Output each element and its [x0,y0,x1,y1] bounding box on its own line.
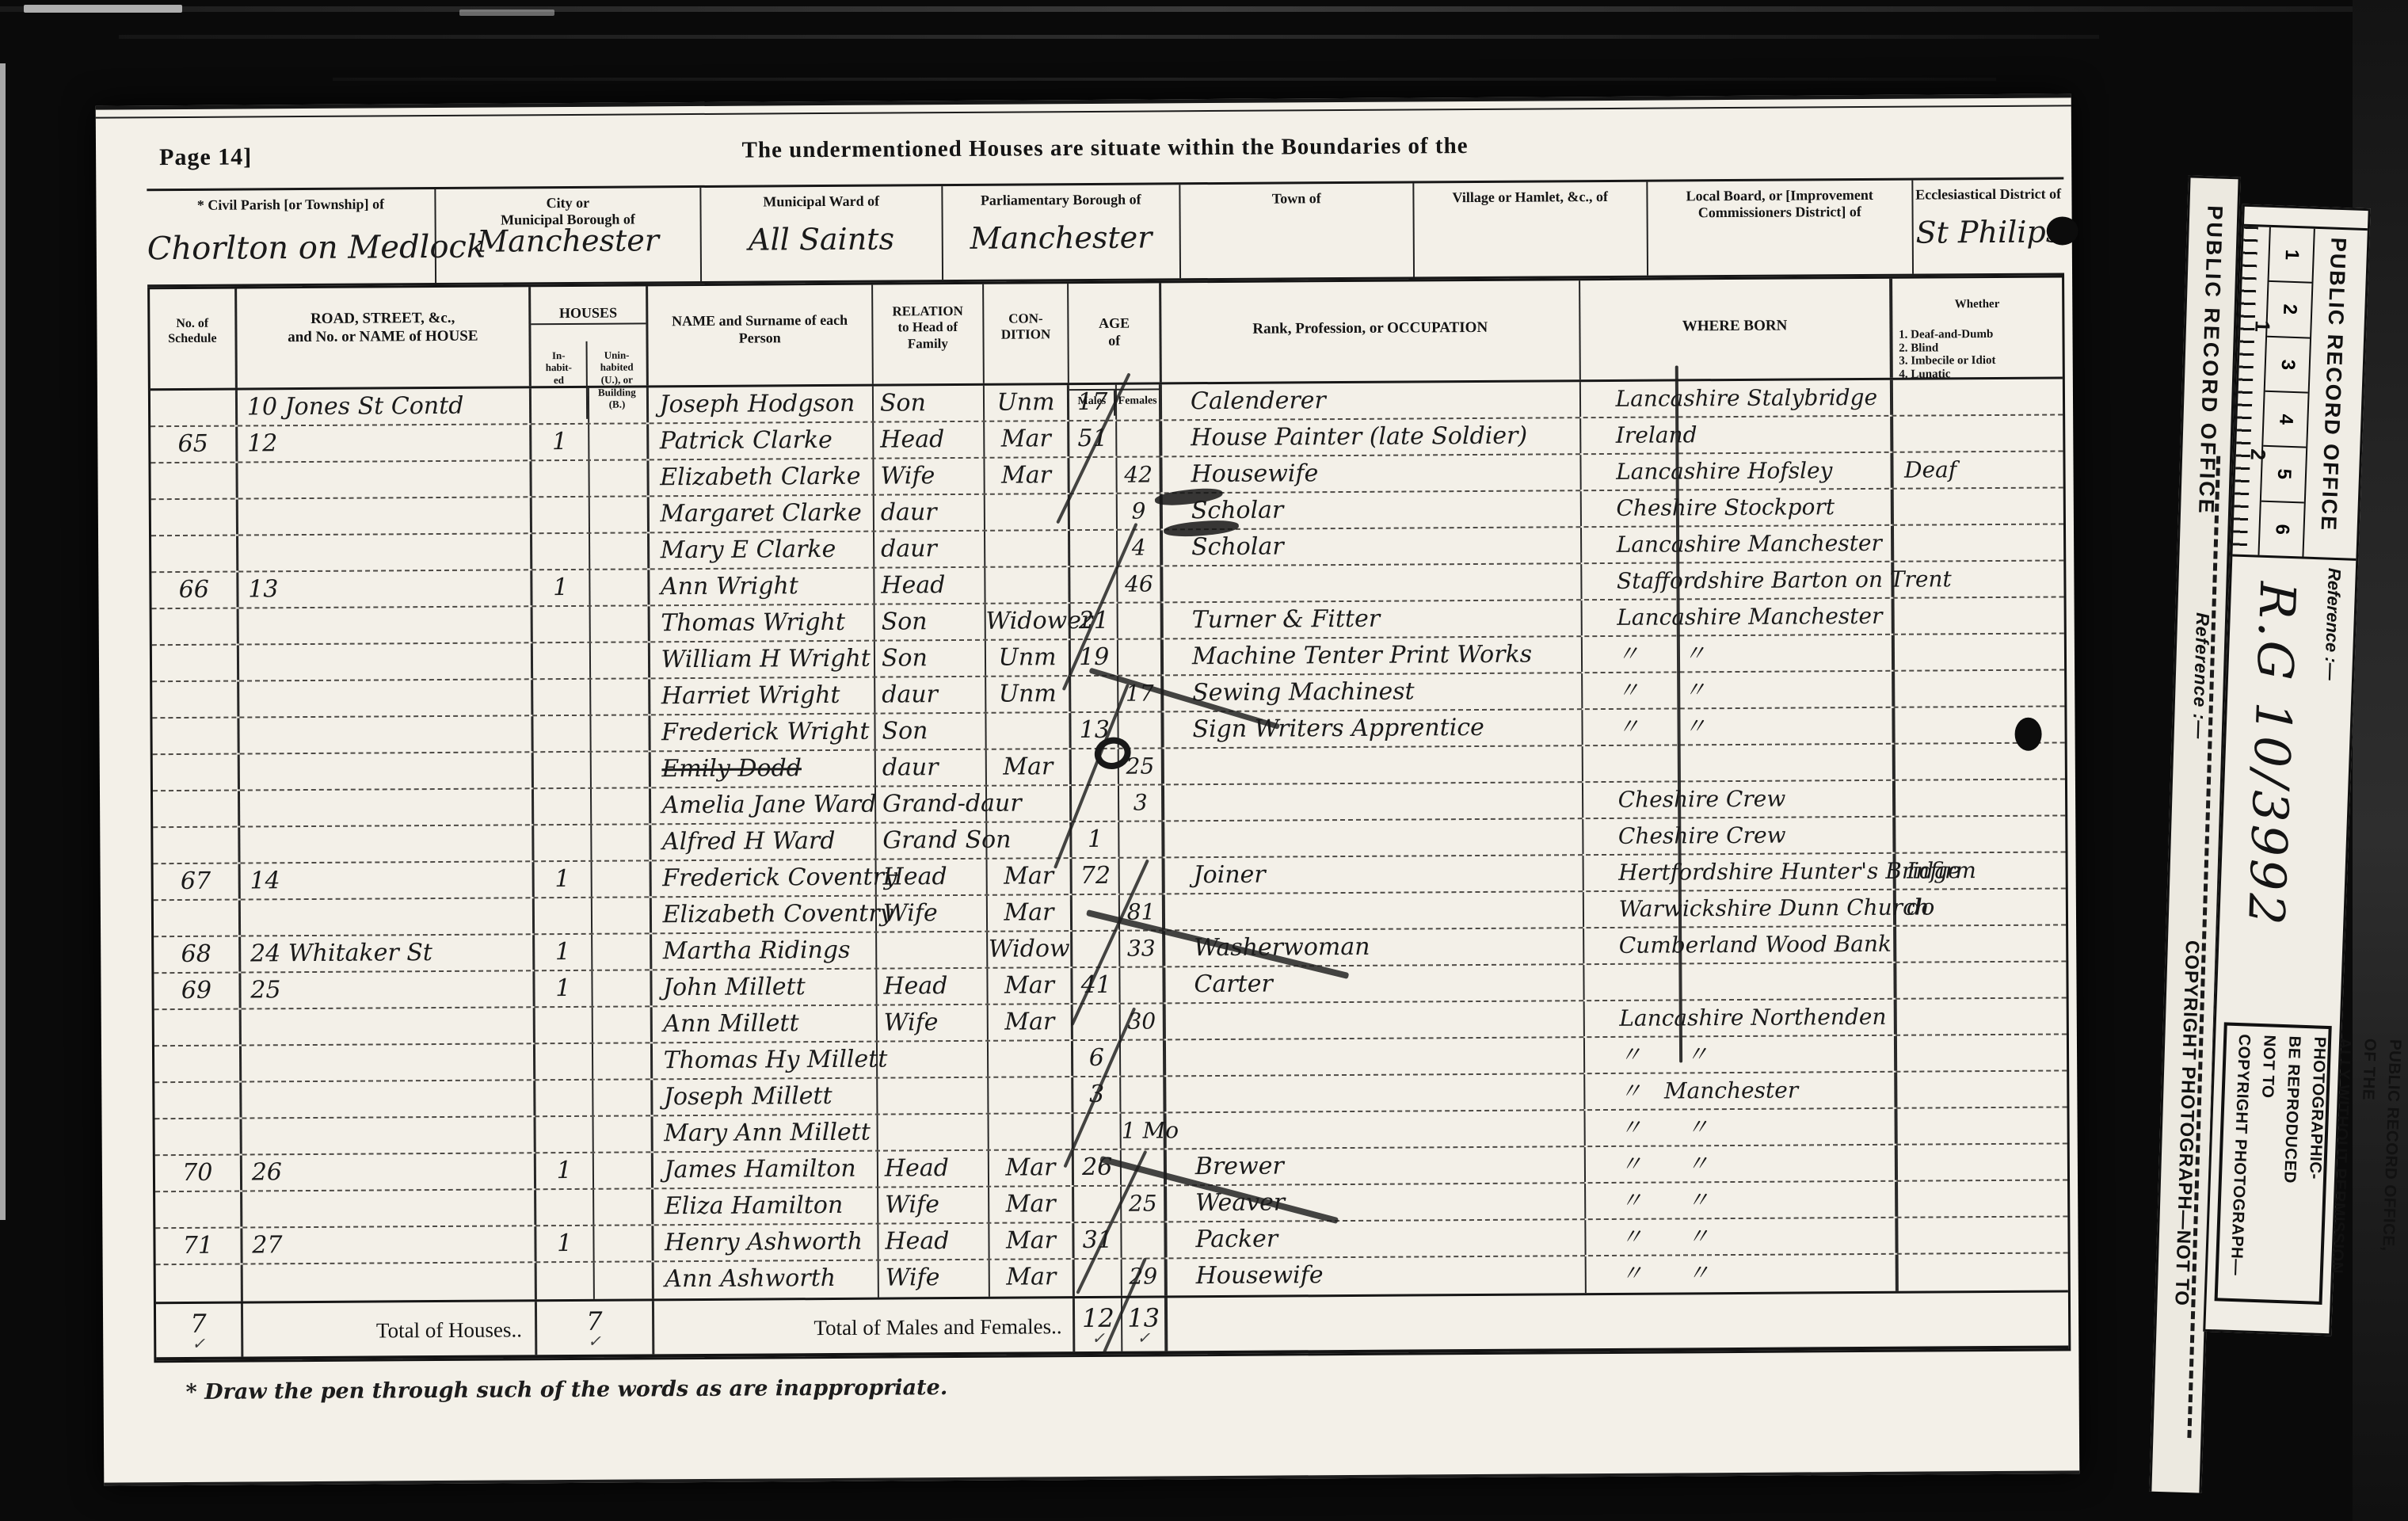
header-field-value: Chorlton on Medlock [147,229,435,267]
cell-relation: Head [874,422,985,458]
cell-road [242,1008,535,1044]
cell-relation: Head [878,1224,989,1260]
ruler-cell-number: 4 [2274,414,2296,425]
col-uninhabited: Unin- habited (U.), or Building (B.) [588,341,646,418]
cell-relation: Wife [878,1005,989,1041]
cell-condition: Mar [989,1187,1075,1222]
total-males-females-label: Total of Males and Females.. [654,1298,1076,1354]
total-houses-value: 7 ✓ [537,1301,654,1355]
cell-road [239,680,533,716]
cell-age_f [1121,1077,1166,1111]
ink-blot [2047,216,2078,245]
cell-born: Cumberland Wood Bank [1584,927,1896,963]
cell-name: John Millett [652,970,878,1006]
header-field-label: Parliamentary Borough of [943,185,1179,209]
totals-margin: 7 ✓ [156,1304,243,1358]
cell-uninh [593,1043,653,1078]
cell-name: Amelia Jane Ward [651,787,877,824]
cell-name: Eliza Hamilton [653,1188,879,1225]
cell-born [1583,745,1895,781]
header-field-label: Ecclesiastical District of [1913,179,2063,203]
col-inhabited: In- habit- ed [531,341,588,419]
header-field-label: Village or Hamlet, &c., of [1414,182,1646,206]
footnote: * Draw the pen through such of the words… [186,1375,948,1405]
cell-relation: Wife [877,896,988,932]
cell-occupation: Calenderer [1162,382,1581,419]
cell-uninh [593,1116,653,1151]
cell-schedule [155,1119,242,1155]
cell-relation: Head [876,860,987,895]
cell-condition: Mar [986,749,1072,785]
cell-age_f: 46 [1118,566,1164,601]
cell-born: Lancashire Manchester [1582,526,1894,562]
cell-name: Martha Ridings [652,933,878,970]
cell-inh: 1 [532,570,590,605]
cell-relation: Head [878,1151,989,1187]
cell-road [242,1081,535,1117]
cell-inh [536,1190,594,1225]
header-field-value: All Saints [701,221,941,257]
cell-schedule [150,463,238,499]
cell-infirmity [1896,962,2067,997]
cell-road: 26 [242,1153,536,1190]
cell-age_f: 25 [1122,1186,1167,1221]
cell-inh [533,680,591,715]
totals-row: 7 ✓ Total of Houses.. 7 ✓ Total of Males… [156,1290,2068,1360]
cell-uninh [594,1262,653,1298]
ruler-cell-number: 5 [2273,468,2295,479]
pro-office-label: PUBLIC RECORD OFFICE [2193,205,2227,516]
cell-relation: Son [875,604,986,640]
col-infirmity-line: 3. Imbecile or Idiot [1892,354,2062,368]
cell-infirmity [1893,415,2063,451]
cell-uninh [591,752,650,787]
col-age-label: AGE of [1069,299,1160,373]
cell-schedule: 67 [154,864,241,900]
cell-occupation [1163,564,1582,601]
cell-schedule [150,391,238,426]
cell-condition: Unm [985,385,1070,421]
header-field-value: Manchester [436,223,700,259]
cell-occupation [1164,783,1583,820]
header-field-value: St Philips [1913,214,2063,250]
cell-relation: Wife [874,459,985,494]
cell-age_f [1118,603,1164,638]
header-field: * Civil Parish [or Township] ofChorlton … [147,189,436,284]
cell-road [240,789,534,825]
cell-age_f [1122,1222,1168,1257]
total-females-value: 13 ✓ [1122,1298,1168,1351]
cell-name: Alfred H Ward [651,824,877,860]
ink-blot [2014,718,2041,751]
cell-schedule [151,536,238,572]
cell-uninh [594,1189,653,1224]
cell-infirmity [1895,743,2065,779]
cell-age_m [1070,531,1118,566]
cell-schedule [153,755,240,791]
cell-name: Emily Dodd [650,751,876,787]
cell-name: Thomas Hy Millett [653,1043,878,1079]
cell-road [238,461,532,497]
cell-schedule [152,719,239,754]
cell-name: Henry Ashworth [653,1225,879,1261]
cell-relation: Head [877,969,988,1004]
cell-inh: 1 [534,862,592,897]
cell-born: 〃 〃 [1583,708,1895,745]
cell-occupation [1164,819,1583,856]
cell-condition: Mar [988,1004,1073,1040]
col-age-females: Females [1115,390,1160,415]
cell-age_f: 3 [1119,785,1164,820]
cell-occupation: Packer [1167,1220,1586,1257]
cell-born: 〃 〃 [1586,1218,1898,1255]
cell-relation: daur [874,532,985,567]
cell-relation [878,1115,989,1150]
cell-inh [535,1117,593,1152]
cell-road [242,1263,536,1301]
cell-schedule [154,1010,242,1046]
cell-infirmity [1896,816,2066,852]
cell-name: Margaret Clarke [649,496,874,532]
cell-road: 10 Jones St Contd [238,388,532,425]
cell-born: 〃 〃 [1585,1109,1897,1146]
cell-relation: Grand-daur [876,787,987,822]
cell-born: Hertfordshire Hunter's Bridge [1583,854,1896,890]
cell-uninh [592,1007,652,1042]
cell-occupation: Carter [1165,965,1584,1002]
cell-name: Elizabeth Clarke [649,459,874,496]
cell-infirmity [1898,1253,2068,1290]
cell-born: Ireland [1581,417,1893,453]
cell-condition: Mar [989,1260,1075,1297]
cell-inh [534,753,592,787]
copyright-notice: COPYRIGHT PHOTOGRAPH—NOT TOBE REPRODUCED… [2215,1022,2332,1305]
cell-inh [536,1263,594,1299]
cell-born: 〃 Manchester [1585,1073,1897,1109]
cell-name: William H Wright [650,642,875,678]
cell-inh [532,534,590,569]
pro-office-label: PUBLIC RECORD OFFICE [2316,237,2351,532]
col-houses-label: HOUSES [531,303,646,326]
cell-condition [985,494,1070,530]
col-infirmity-line: 4. Lunatic [1892,368,2062,382]
header-field: City or Municipal Borough ofManchester [436,188,702,283]
cell-occupation [1166,1074,1585,1111]
cell-condition [985,567,1071,603]
cell-occupation: Housewife [1162,455,1581,492]
cell-road: 13 [238,570,532,607]
census-table: No. of Schedule ROAD, STREET, &c., and N… [147,275,2071,1363]
cell-schedule [151,500,238,536]
cell-inh: 1 [536,1153,594,1188]
film-edge-sliver [0,63,6,1220]
cell-infirmity: Deaf [1893,452,2063,487]
cell-schedule: 65 [150,427,238,463]
cell-condition: Mar [988,895,1073,931]
cell-name: Joseph Millett [653,1079,878,1115]
cell-infirmity [1897,1144,2067,1180]
cell-inh [535,898,592,933]
header-field: Parliamentary Borough ofManchester [943,185,1181,280]
cell-uninh [592,861,651,896]
cell-occupation: Machine Tenter Print Works [1164,637,1583,674]
cell-infirmity [1894,634,2064,669]
cell-name: Ann Ashworth [653,1261,879,1299]
cell-infirmity [1898,1217,2068,1252]
cell-schedule [154,1046,242,1082]
cell-road [242,1117,535,1153]
cell-relation: daur [874,495,985,531]
header-field-label: Local Board, or [Improvement Commissione… [1648,181,1911,221]
cell-born: Lancashire Manchester [1582,599,1894,635]
cell-inh [533,643,591,678]
header-field-label: Municipal Ward of [701,186,941,211]
cell-occupation: Scholar [1163,528,1582,565]
cell-infirmity: do [1896,889,2066,924]
cell-inh [535,1044,593,1079]
cell-relation: Son [874,386,985,421]
cell-schedule [152,609,239,645]
cell-condition [989,1041,1074,1077]
cell-age_f [1120,858,1165,893]
cell-infirmity [1896,925,2067,961]
col-name: NAME and Surname of each Person [648,285,874,386]
cell-born: Cheshire Crew [1583,818,1896,854]
ruler-cell: 4 [2263,392,2307,448]
header-field-label: * Civil Parish [or Township] of [147,189,434,214]
cell-infirmity [1895,670,2065,706]
cell-occupation [1164,746,1583,783]
cell-occupation [1166,1001,1585,1039]
cell-age_f: 33 [1120,931,1165,966]
cell-relation: Son [875,641,986,677]
cell-relation: Head [874,568,985,604]
cell-road [238,497,532,534]
cell-schedule: 70 [155,1156,242,1191]
cell-relation [877,932,988,968]
ruler-cell: 3 [2265,337,2310,393]
col-occupation: Rank, Profession, or OCCUPATION [1161,280,1580,382]
cell-name: Thomas Wright [650,605,875,642]
cell-relation [878,1042,989,1077]
cell-occupation: Joiner [1164,856,1583,893]
cell-name: Harriet Wright [650,678,876,715]
cell-infirmity [1897,1107,2067,1143]
cell-condition: Mar [989,1150,1074,1186]
totals-blank [1168,1292,2068,1351]
cell-condition [987,786,1073,821]
cell-name: Elizabeth Coventry [651,897,877,933]
col-infirmity-lines: 1. Deaf-and-Dumb2. Blind3. Imbecile or I… [1892,327,2063,381]
cell-born: Lancashire Stalybridge [1580,380,1892,417]
cell-uninh [591,679,650,714]
cell-road [238,534,532,570]
ruler-cell: 6 [2259,501,2303,556]
cell-born: Lancashire Northenden [1584,1000,1896,1036]
cell-name: Mary E Clarke [650,532,875,569]
cell-inh [532,461,589,496]
cell-uninh [592,970,652,1005]
col-road: ROAD, STREET, &c., and No. or NAME of HO… [237,287,532,387]
cell-occupation: Sign Writers Apprentice [1164,710,1583,747]
cell-born: Cheshire Crew [1583,781,1896,818]
header-field: Ecclesiastical District ofSt Philips [1913,179,2064,273]
cell-born: 〃 〃 [1585,1036,1897,1073]
cell-age_m: 26 [1074,1150,1122,1185]
cell-schedule [156,1265,243,1302]
film-scratch [0,6,2408,12]
cell-name: Mary Ann Millett [653,1115,878,1152]
table-header: No. of Schedule ROAD, STREET, &c., and N… [150,277,2063,391]
cell-born: Staffordshire Barton on Trent [1582,562,1894,599]
cell-uninh [590,570,650,604]
cell-road [241,898,535,935]
cell-road [242,1044,535,1081]
cell-born: 〃 〃 [1582,635,1894,672]
cell-condition: Mar [987,859,1073,894]
district-header-fields: * Civil Parish [or Township] ofChorlton … [147,177,2064,287]
page-title: The undermentioned Houses are situate wi… [147,129,2063,167]
cell-schedule [154,901,241,936]
cell-inh [533,716,591,751]
header-field: Village or Hamlet, &c., of [1414,182,1648,277]
cell-road: 12 [238,425,532,461]
cell-inh [534,789,592,824]
cell-condition: Unm [986,640,1072,676]
cell-name: Patrick Clarke [649,423,874,459]
cell-occupation: House Painter (late Soldier) [1162,418,1581,456]
cell-occupation: Housewife [1168,1256,1587,1295]
cell-name: Frederick Wright [650,715,876,751]
cell-relation: Grand Son [876,823,987,859]
cell-uninh [591,642,650,677]
cell-schedule: 71 [155,1229,242,1264]
cell-road [240,825,534,862]
cell-inh [535,1008,593,1043]
reference-label: Reference :— [2320,567,2345,680]
cell-age_m: 1 [1073,822,1120,857]
ruler-cell-number: 6 [2270,524,2292,535]
col-age: AGE of Males Females [1069,283,1161,383]
cell-condition: Mar [988,968,1073,1004]
ruler-cell: 1 [2269,227,2313,284]
cell-uninh [591,715,650,750]
cell-condition: Unm [986,677,1072,712]
cell-relation [878,1078,989,1114]
cell-infirmity [1895,780,2065,815]
cell-age_m [1070,494,1118,529]
film-scratch [119,35,2099,39]
cell-occupation: Brewer [1167,1147,1586,1184]
cell-born [1584,963,1896,1000]
header-field-value [1414,217,1646,219]
cell-infirmity: Infirm [1896,852,2066,888]
cell-inh [535,1081,593,1115]
cell-inh: 1 [535,935,592,970]
cell-road [240,753,534,789]
cell-relation: daur [875,677,986,713]
copyright-line: COPYRIGHT PHOTOGRAPH—NOT TO [2223,1034,2282,1292]
col-infirmity-line: 1. Deaf-and-Dumb [1892,327,2062,341]
col-infirmity-line: 2. Blind [1892,341,2062,355]
cell-inh [532,497,590,532]
col-infirmity-heading: Whether [1892,297,2062,312]
cell-age_f [1119,821,1164,856]
cell-infirmity [1894,524,2064,560]
header-field-label: Town of [1180,183,1412,207]
cell-schedule [153,828,240,863]
cell-uninh [592,825,651,860]
cell-inh [534,825,592,860]
cell-occupation: Turner & Fitter [1164,600,1583,638]
col-condition: CON- DITION [984,284,1069,383]
cell-age_f: 42 [1118,457,1163,492]
cell-age_f [1118,639,1164,674]
cell-relation: daur [876,750,987,786]
cell-relation: Wife [879,1260,990,1298]
reference-number: R.G 10/3992 [2237,581,2307,928]
ruler-number: 2 [2246,448,2270,461]
cell-uninh [594,1153,653,1187]
cell-infirmity [1894,597,2064,633]
cell-born: Warwickshire Dunn Church [1583,890,1896,927]
cell-schedule: 68 [154,937,241,973]
cell-relation: Wife [878,1187,989,1223]
cell-condition: Mar [985,458,1070,494]
ruler-cell-number: 1 [2280,249,2302,260]
cell-road [238,607,532,643]
total-houses-label: Total of Houses.. [243,1302,537,1356]
cell-born: 〃 〃 [1583,672,1895,708]
ruler-cell-number: 3 [2277,359,2299,370]
cell-condition: Mar [989,1223,1075,1259]
cell-name: Frederick Coventry [651,860,877,897]
col-schedule: No. of Schedule [150,289,238,389]
cell-road: 14 [240,862,534,898]
cell-uninh [594,1226,653,1260]
cell-schedule: 69 [154,974,241,1009]
cell-road: 27 [242,1226,536,1263]
cell-condition [989,1077,1074,1113]
cell-age_m [1071,677,1118,711]
header-field: Local Board, or [Improvement Commissione… [1648,181,1914,276]
cell-condition [985,531,1071,566]
col-infirmity: Whether 1. Deaf-and-Dumb2. Blind3. Imbec… [1892,277,2063,377]
cell-inh [532,607,590,642]
copyright-line: BE REPRODUCED PHOTOGRAPHIC- [2273,1035,2333,1294]
cell-born: 〃 〃 [1585,1146,1897,1182]
cell-relation: Son [875,714,986,749]
cell-age_m: 72 [1073,859,1120,894]
cell-uninh [592,934,652,969]
col-houses: HOUSES In- habit- ed Unin- habited (U.),… [531,286,648,386]
header-field: Town of [1180,183,1415,278]
pro-office-block: PUBLIC RECORD OFFICE [2303,229,2367,558]
cell-name: Ann Wright [650,569,875,605]
ruler-number: 1 [2250,320,2274,333]
header-field: Municipal Ward ofAll Saints [701,186,943,281]
cell-name: Joseph Hodgson [648,387,874,423]
ruler-box: 12 123456 PUBLIC RECORD OFFICE [2232,224,2368,561]
header-field-value: Manchester [943,219,1179,256]
cell-road: 24 Whitaker St [241,935,535,971]
cell-uninh [589,460,649,495]
cell-uninh [590,606,650,641]
cell-infirmity [1896,998,2067,1034]
cell-infirmity [1898,1180,2068,1216]
cell-schedule [152,682,239,718]
cell-road [239,716,533,753]
